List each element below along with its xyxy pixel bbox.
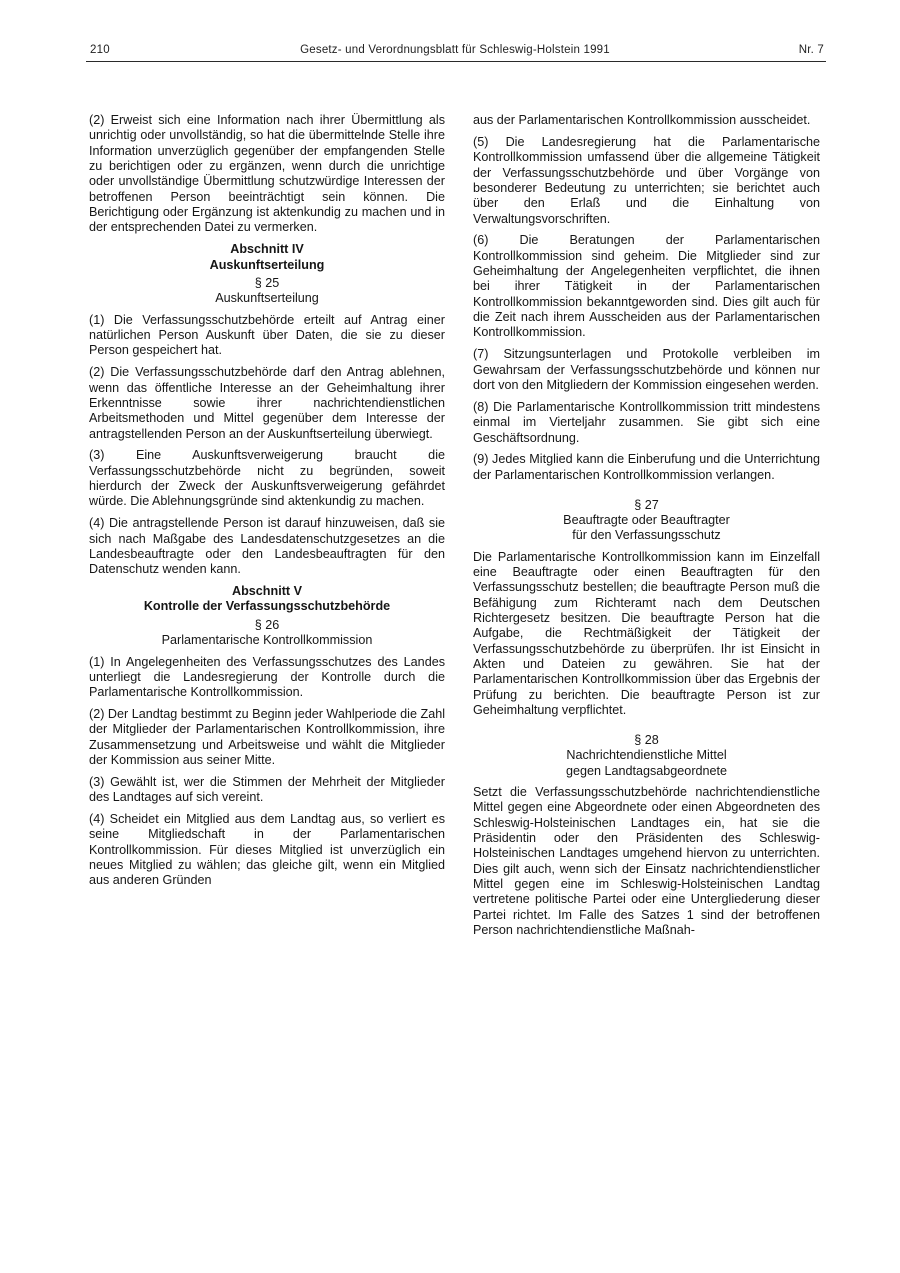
section-title: Kontrolle der Verfassungsschutzbehörde [89, 599, 445, 614]
s25-paragraph-2: (2) Die Verfassungsschutzbehörde darf de… [89, 365, 445, 442]
paragraph-title-line: Beauftragte oder Beauftragter [473, 513, 820, 528]
header-rule [86, 61, 826, 62]
s26-paragraph-4-cont: aus der Parlamentarischen Kontrollkommis… [473, 113, 820, 128]
s26-paragraph-3: (3) Gewählt ist, wer die Stimmen der Meh… [89, 775, 445, 806]
issue-number: Nr. 7 [799, 44, 824, 56]
paragraph-sign: § 25 [89, 276, 445, 291]
section-label: Abschnitt V [89, 584, 445, 599]
section-label: Abschnitt IV [89, 242, 445, 257]
left-column: (2) Erweist sich eine Information nach i… [89, 113, 445, 895]
s25-paragraph-3: (3) Eine Auskunftsverweigerung braucht d… [89, 448, 445, 509]
section-title: Auskunftserteilung [89, 258, 445, 273]
s26-paragraph-6: (6) Die Beratungen der Parlamentarischen… [473, 233, 820, 340]
s28-text: Setzt die Verfassungsschutzbehörde nachr… [473, 785, 820, 938]
publication-title: Gesetz- und Verordnungsblatt für Schlesw… [86, 44, 824, 56]
s26-paragraph-4: (4) Scheidet ein Mitglied aus dem Landta… [89, 812, 445, 889]
s25-paragraph-4: (4) Die antragstellende Person ist darau… [89, 516, 445, 577]
paragraph-title-line: gegen Landtagsabgeordnete [473, 764, 820, 779]
s24-paragraph-2: (2) Erweist sich eine Information nach i… [89, 113, 445, 236]
s26-paragraph-9: (9) Jedes Mitglied kann die Einberufung … [473, 452, 820, 483]
s26-paragraph-7: (7) Sitzungsunterlagen und Protokolle ve… [473, 347, 820, 393]
paragraph-title-line: Nachrichtendienstliche Mittel [473, 748, 820, 763]
s25-paragraph-1: (1) Die Verfassungsschutzbehörde erteilt… [89, 313, 445, 359]
s26-paragraph-8: (8) Die Parlamentarische Kontrollkommiss… [473, 400, 820, 446]
s26-paragraph-2: (2) Der Landtag bestimmt zu Beginn jeder… [89, 707, 445, 768]
right-column: aus der Parlamentarischen Kontrollkommis… [473, 113, 820, 945]
paragraph-title: Parlamentarische Kontrollkommission [89, 633, 445, 648]
s26-paragraph-5: (5) Die Landesregierung hat die Parlamen… [473, 135, 820, 227]
s26-paragraph-1: (1) In Angelegenheiten des Verfassungssc… [89, 655, 445, 701]
paragraph-sign: § 26 [89, 618, 445, 633]
paragraph-title: Auskunftserteilung [89, 291, 445, 306]
paragraph-sign: § 27 [473, 498, 820, 513]
page-header: 210 Gesetz- und Verordnungsblatt für Sch… [86, 42, 824, 60]
paragraph-title-line: für den Verfassungsschutz [473, 528, 820, 543]
s27-text: Die Parlamentarische Kontrollkommission … [473, 550, 820, 719]
paragraph-sign: § 28 [473, 733, 820, 748]
